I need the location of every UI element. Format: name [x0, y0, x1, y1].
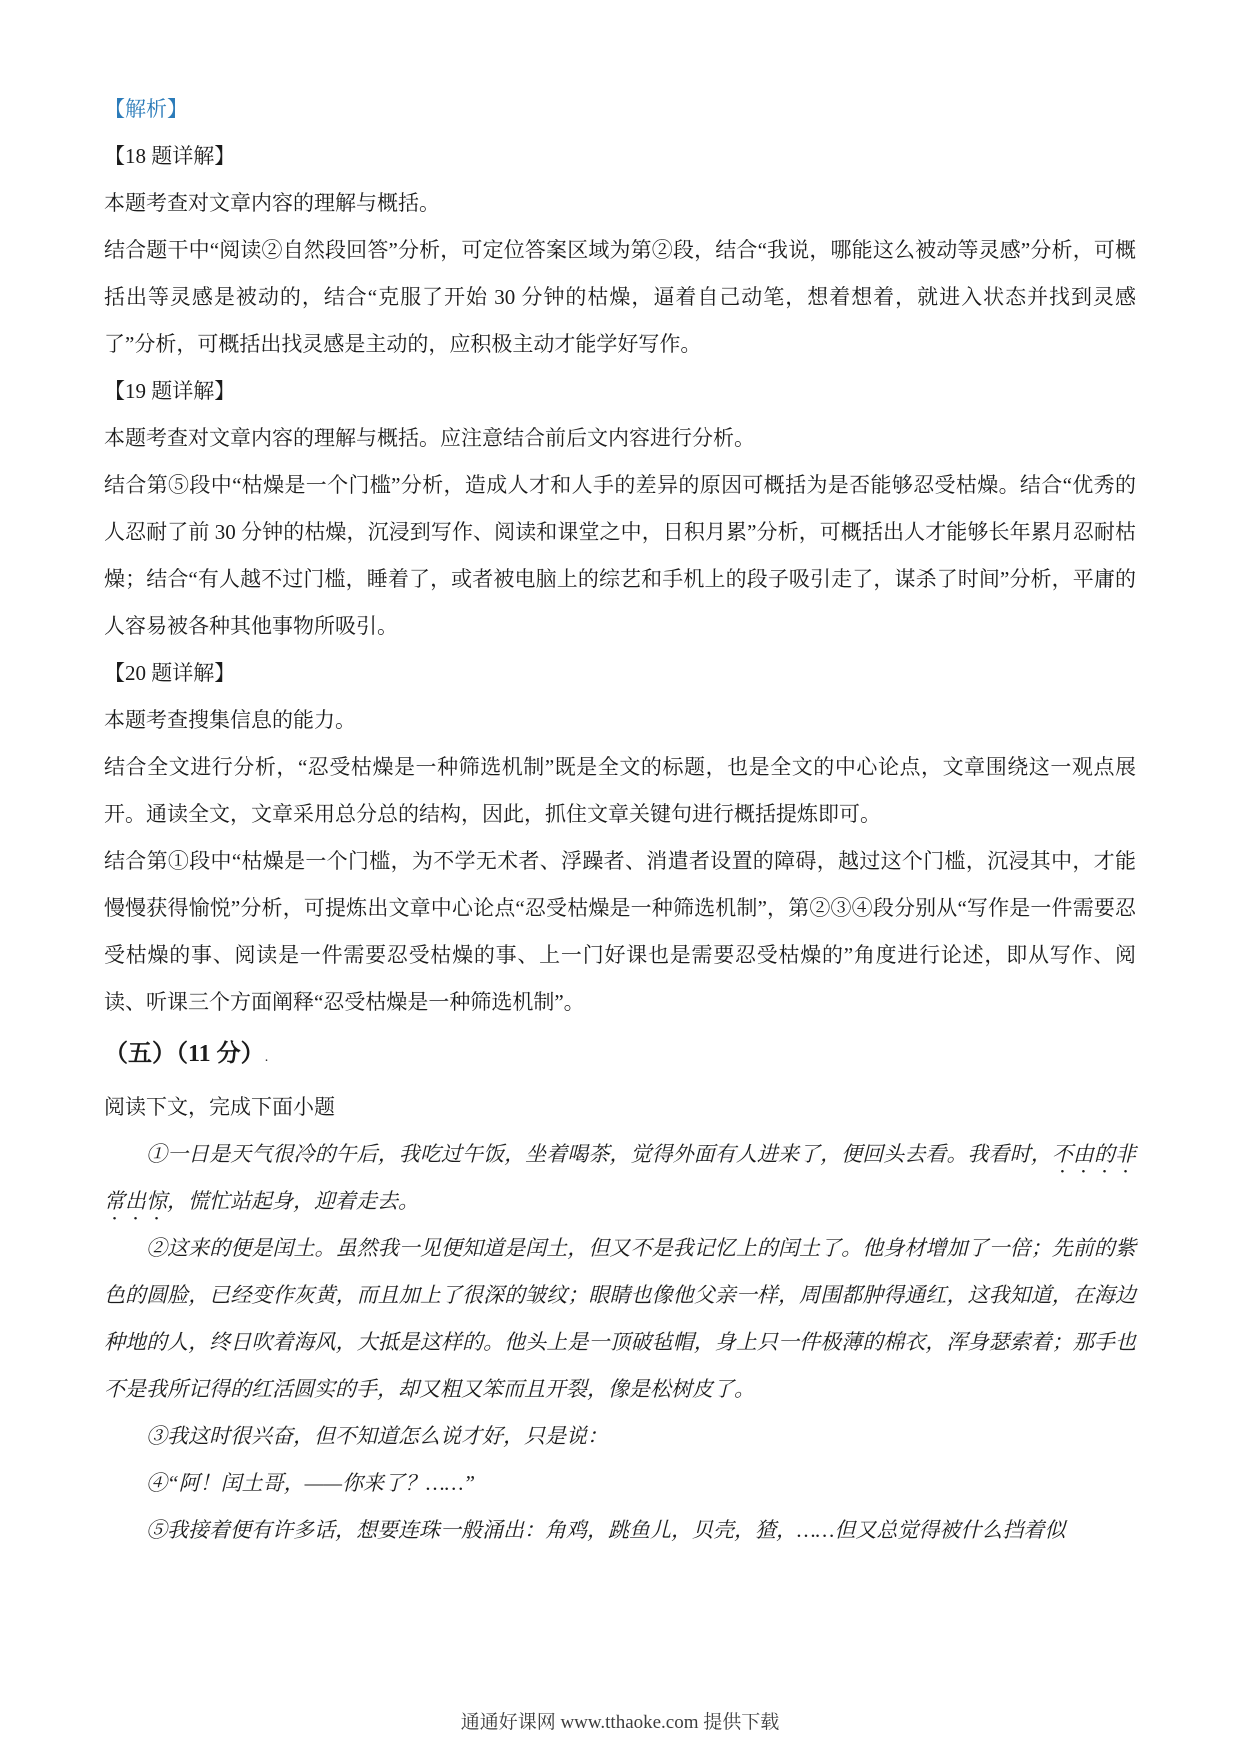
- section-5-heading: （五）（11 分）.: [104, 1028, 1136, 1084]
- passage-paragraph-1-pre: ①一日是天气很冷的午后，我吃过午饭，坐着喝茶，觉得外面有人进来了，便回头去看。我…: [146, 1142, 1052, 1166]
- section-5-heading-text: （五）（11 分）: [104, 1041, 265, 1067]
- section-5-heading-mark: .: [265, 1050, 269, 1065]
- passage-paragraph-3: ③我这时很兴奋，但不知道怎么说才好，只是说：: [104, 1413, 1136, 1460]
- passage-paragraph-4: ④“阿！闰土哥，——你来了？……”: [104, 1460, 1136, 1507]
- detail-20-heading: 【20 题详解】: [104, 650, 1136, 697]
- detail-19-heading: 【19 题详解】: [104, 368, 1136, 415]
- analysis-header: 【解析】: [104, 86, 1136, 133]
- passage-paragraph-2: ②这来的便是闰土。虽然我一见便知道是闰土，但又不是我记忆上的闰土了。他身材增加了…: [104, 1225, 1136, 1413]
- detail-20-paragraph-2: 结合全文进行分析，“忍受枯燥是一种筛选机制”既是全文的标题，也是全文的中心论点，…: [104, 744, 1136, 838]
- passage-paragraph-1-post: ，慌忙站起身，迎着走去。: [167, 1189, 419, 1213]
- detail-19-paragraph-2: 结合第⑤段中“枯燥是一个门槛”分析，造成人才和人手的差异的原因可概括为是否能够忍…: [104, 462, 1136, 650]
- section-5-intro: 阅读下文，完成下面小题: [104, 1084, 1136, 1131]
- detail-20-paragraph-1: 本题考查搜集信息的能力。: [104, 697, 1136, 744]
- detail-18-paragraph-1: 本题考查对文章内容的理解与概括。: [104, 180, 1136, 227]
- detail-19-paragraph-1: 本题考查对文章内容的理解与概括。应注意结合前后文内容进行分析。: [104, 415, 1136, 462]
- detail-20-paragraph-3: 结合第①段中“枯燥是一个门槛，为不学无术者、浮躁者、消遣者设置的障碍，越过这个门…: [104, 838, 1136, 1026]
- document-page: 【解析】 【18 题详解】 本题考查对文章内容的理解与概括。 结合题干中“阅读②…: [104, 86, 1136, 1554]
- detail-18-heading: 【18 题详解】: [104, 133, 1136, 180]
- passage-paragraph-5: ⑤我接着便有许多话，想要连珠一般涌出：角鸡，跳鱼儿，贝壳，猹，……但又总觉得被什…: [104, 1507, 1136, 1554]
- detail-18-paragraph-2: 结合题干中“阅读②自然段回答”分析，可定位答案区域为第②段，结合“我说，哪能这么…: [104, 227, 1136, 368]
- page-footer: 通通好课网 www.tthaoke.com 提供下载: [0, 1707, 1240, 1734]
- passage-paragraph-1: ①一日是天气很冷的午后，我吃过午饭，坐着喝茶，觉得外面有人进来了，便回头去看。我…: [104, 1131, 1136, 1225]
